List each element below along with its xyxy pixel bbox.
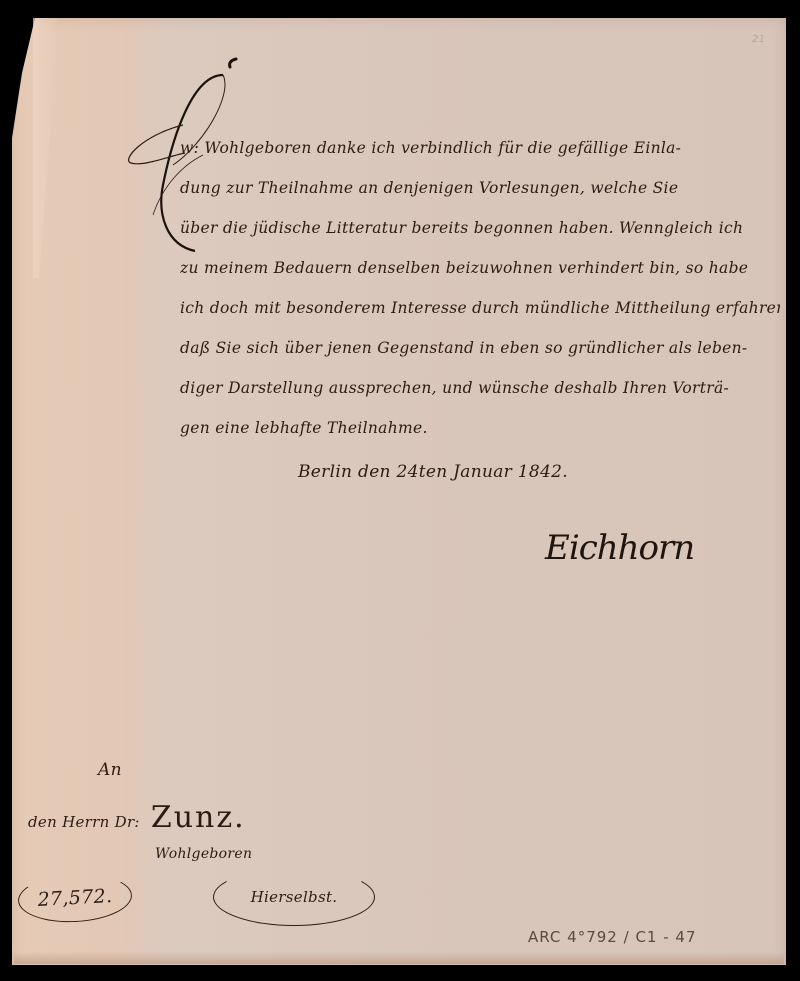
letter-date: Berlin den 24ten Januar 1842. (298, 462, 568, 482)
city-oval: Hierselbst. (213, 868, 375, 926)
reference-number: 27,572. (37, 885, 113, 911)
letter-line: ich doch mit besonderem Interesse durch … (180, 288, 780, 328)
corner-pencil-mark: 21 (752, 34, 765, 45)
letter-line: über die jüdische Litteratur bereits beg… (180, 208, 780, 248)
letter-line: zu meinem Bedauern denselben beizuwohnen… (180, 248, 780, 288)
letter-body: w: Wohlgeboren danke ich verbindlich für… (180, 128, 780, 448)
signature: Eichhorn (545, 528, 694, 568)
address-city: Hierselbst. (251, 888, 338, 906)
recipient-name: Zunz. (151, 800, 246, 835)
paper-bottom-stain (14, 952, 784, 964)
address-recipient-line: den Herrn Dr: Zunz. (28, 800, 246, 835)
address-prefix: den Herrn Dr: (28, 813, 140, 831)
letter-line: w: Wohlgeboren danke ich verbindlich für… (180, 128, 780, 168)
archive-shelfmark: ARC 4°792 / C1 - 47 (528, 928, 697, 946)
letter-line: dung zur Theilnahme an denjenigen Vorles… (180, 168, 780, 208)
address-an: An (98, 760, 122, 780)
address-honorific: Wohlgeboren (155, 846, 252, 862)
letter-line: gen eine lebhafte Theilnahme. (180, 408, 780, 448)
letter-line: diger Darstellung aussprechen, und wünsc… (180, 368, 780, 408)
letter-line: daß Sie sich über jenen Gegenstand in eb… (180, 328, 780, 368)
